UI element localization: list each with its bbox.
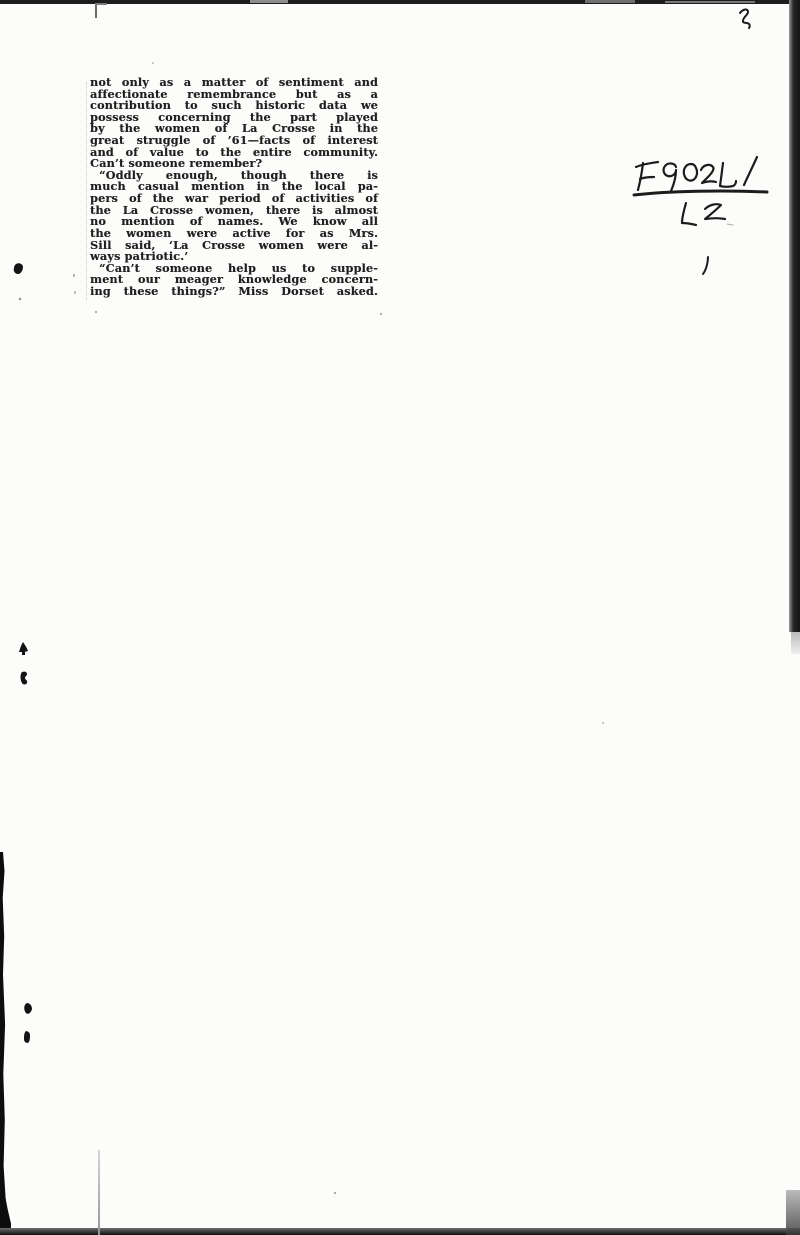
ink-blob xyxy=(19,642,28,655)
scan-left-corner xyxy=(0,1178,11,1235)
scan-top-edge-light xyxy=(250,0,288,3)
handwritten-corner-mark xyxy=(740,9,750,28)
ink-blob xyxy=(14,263,23,274)
scan-right-edge-fade xyxy=(791,632,800,654)
scan-top-edge-light xyxy=(665,1,755,3)
scan-left-edge xyxy=(0,852,6,1235)
clipping-line: ing these things?” Miss Dorset asked. xyxy=(90,286,378,298)
ink-speck xyxy=(19,298,21,300)
scan-right-edge xyxy=(789,0,800,632)
paper-speck xyxy=(152,62,154,64)
clipping-edge-speck xyxy=(73,274,75,277)
ink-blob xyxy=(21,672,28,685)
paper-speck xyxy=(95,311,97,313)
ink-blob-marks xyxy=(14,263,32,1043)
ink-blob xyxy=(24,1003,32,1014)
handwritten-call-number xyxy=(634,157,767,195)
scan-bottom-edge xyxy=(0,1228,800,1235)
scan-bottom-right-corner xyxy=(786,1190,800,1235)
clipping-torn-edge xyxy=(86,82,87,300)
handwritten-tick-mark xyxy=(703,257,708,274)
scanned-page: not only as a matter of sentiment and af… xyxy=(0,0,800,1235)
paper-crease-line xyxy=(98,1150,100,1235)
handwritten-sub-number xyxy=(682,203,733,225)
paper-speck xyxy=(334,1192,336,1194)
paper-speck xyxy=(602,722,604,724)
corner-fold-line xyxy=(95,3,97,18)
paper-speck xyxy=(380,313,382,315)
scan-top-edge-light xyxy=(585,0,635,3)
clipping-edge-speck xyxy=(74,291,76,294)
ink-blob xyxy=(24,1031,30,1043)
newspaper-clipping: not only as a matter of sentiment and af… xyxy=(90,77,378,298)
corner-fold-tick xyxy=(95,3,107,5)
